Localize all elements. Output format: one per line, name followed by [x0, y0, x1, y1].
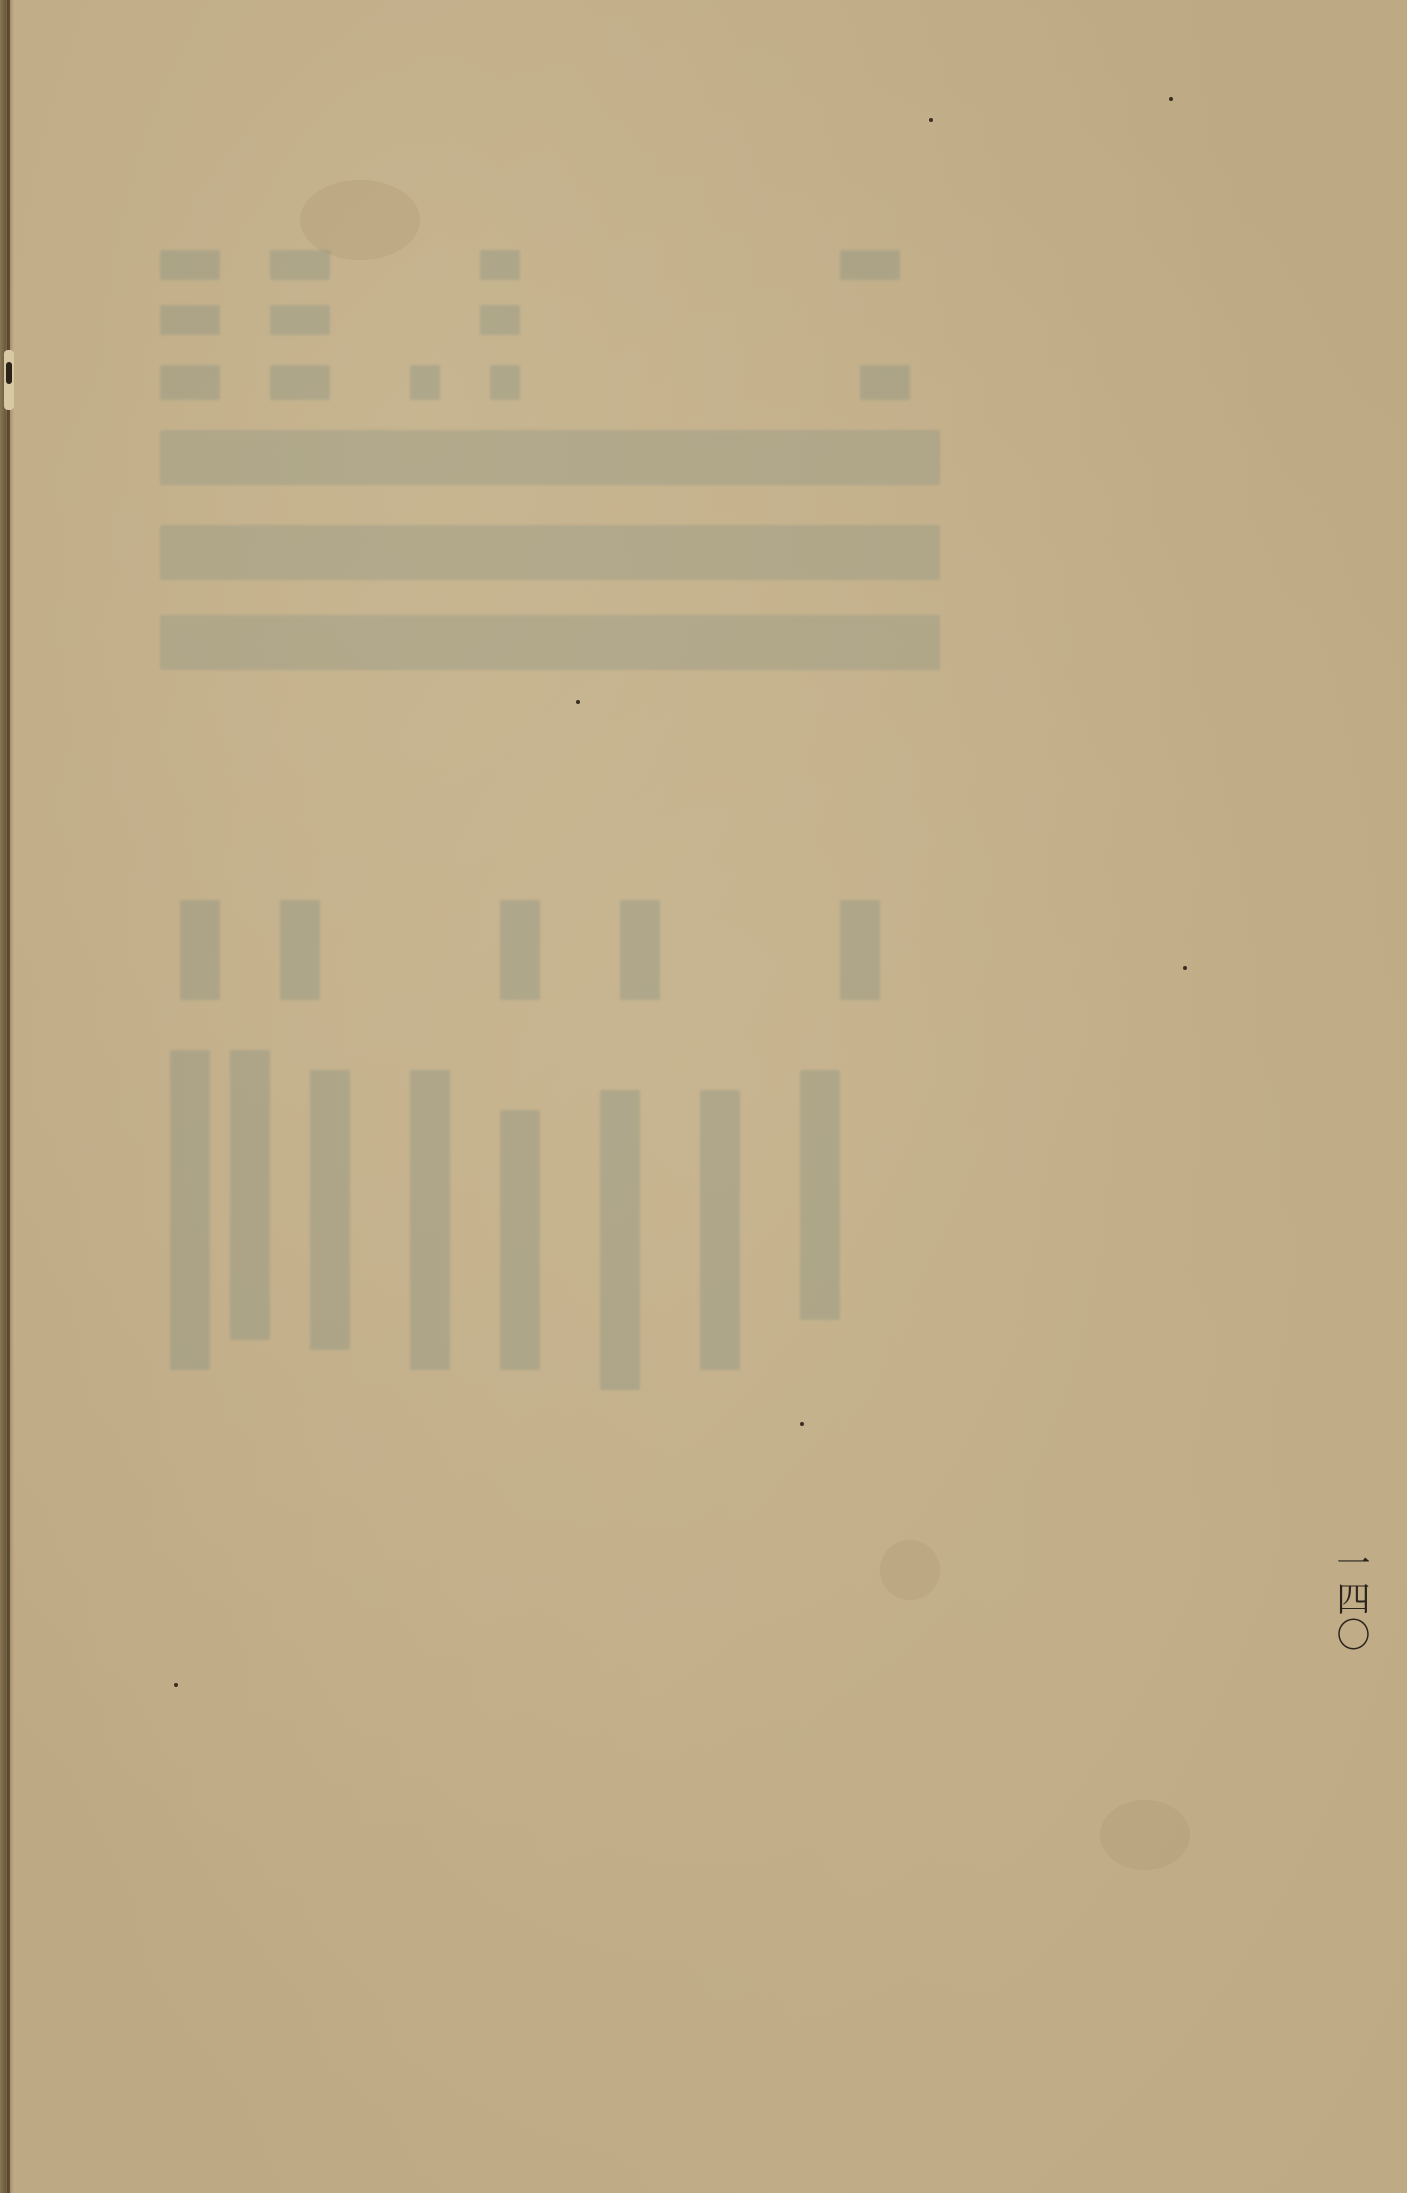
paper-stain [300, 180, 420, 260]
binding-thread-mark [6, 362, 12, 384]
paper-speck [1183, 966, 1187, 970]
binding-tear [4, 350, 14, 410]
paper-stain [1100, 1800, 1190, 1870]
reverse-side-show-through [160, 250, 960, 1650]
paper-speck [929, 118, 933, 122]
paper-speck [174, 1683, 178, 1687]
book-page: 一四〇 [0, 0, 1407, 2193]
page-number: 一四〇 [1330, 1545, 1370, 1653]
binding-line [7, 0, 10, 2193]
paper-speck [1169, 97, 1173, 101]
